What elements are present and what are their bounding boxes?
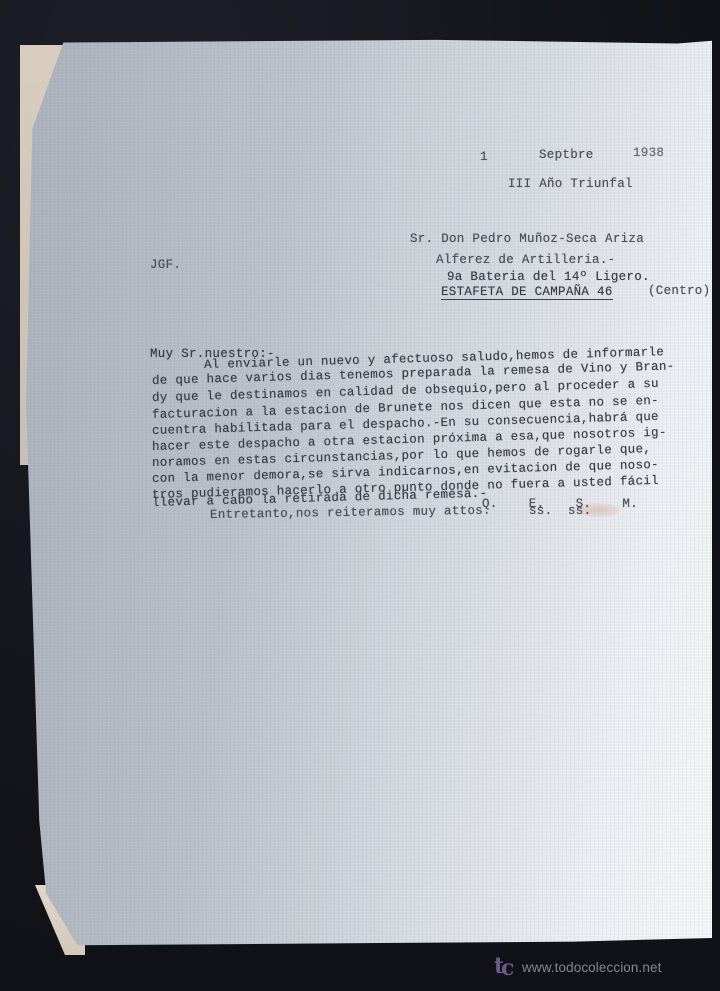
recipient-rank: Alferez de Artilleria.- — [436, 253, 615, 267]
recipient-field-post: ESTAFETA DE CAMPAÑA 46 — [441, 285, 613, 300]
closing-abbrev-qesm-text: Q. E. S. M. — [482, 497, 638, 511]
date-year: 1938 — [633, 146, 664, 160]
date-day: 1 — [480, 150, 488, 164]
reference-initials: JGF. — [150, 258, 181, 272]
watermark-url: www.todocoleccion.net — [522, 960, 661, 975]
recipient-name: Sr. Don Pedro Muñoz-Seca Ariza — [410, 232, 644, 246]
date-month: Septbre — [539, 148, 594, 162]
todocoleccion-watermark: t c www.todocoleccion.net — [494, 955, 661, 979]
recipient-region: (Centro) — [648, 284, 710, 298]
era-line: III Año Triunfal — [508, 177, 633, 191]
tc-logo-icon: t c — [494, 955, 516, 979]
recipient-battery: 9a Bateria del 14º Ligero. — [447, 270, 650, 284]
